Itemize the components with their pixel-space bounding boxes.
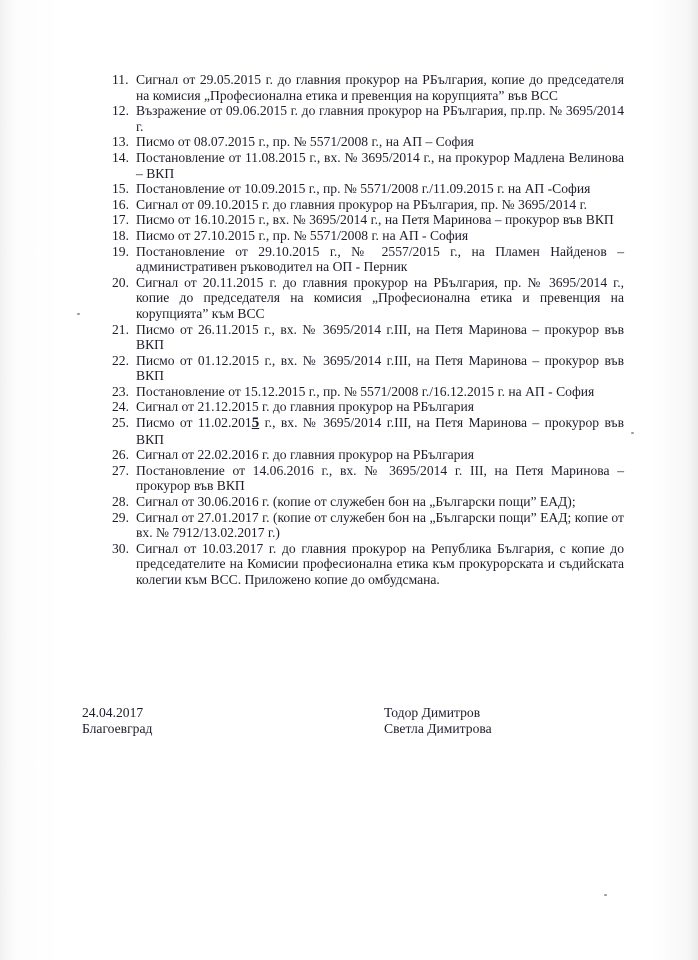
item-number: 20. (112, 275, 134, 291)
item-text: Сигнал от 09.10.2015 г. до главния проку… (136, 197, 624, 213)
item-text: Писмо от 11.02.2015 г., вх. № 3695/2014 … (136, 415, 624, 447)
item-text: Постановление от 10.09.2015 г., пр. № 55… (136, 181, 624, 197)
signatory-name: Тодор Димитров (384, 705, 492, 721)
item-number: 19. (112, 244, 134, 260)
item-number: 26. (112, 447, 134, 463)
scan-speck (631, 432, 634, 434)
list-item: 26.Сигнал от 22.02.2016 г. до главния пр… (112, 447, 624, 463)
item-number: 15. (112, 181, 134, 197)
list-item: 14.Постановление от 11.08.2015 г., вх. №… (112, 150, 624, 181)
item-text: Писмо от 27.10.2015 г., пр. № 5571/2008 … (136, 228, 624, 244)
document-date: 24.04.2017 (82, 705, 152, 721)
item-number: 27. (112, 463, 134, 479)
item-text: Сигнал от 21.12.2015 г. до главния проку… (136, 399, 624, 415)
list-item: 30.Сигнал от 10.03.2017 г. до главния пр… (112, 541, 624, 588)
list-item: 22.Писмо от 01.12.2015 г., вх. № 3695/20… (112, 353, 624, 384)
item-text: Постановление от 29.10.2015 г., № 2557/2… (136, 244, 624, 275)
item-text: Постановление от 14.06.2016 г., вх. № 36… (136, 463, 624, 494)
item-text: Сигнал от 27.01.2017 г. (копие от служеб… (136, 510, 624, 541)
item-text: Писмо от 16.10.2015 г., вх. № 3695/2014 … (136, 212, 624, 228)
item-number: 29. (112, 510, 134, 526)
list-item: 11.Сигнал от 29.05.2015 г. до главния пр… (112, 72, 624, 103)
list-item: 12.Възражение от 09.06.2015 г. до главни… (112, 103, 624, 134)
signatories-block: Тодор Димитров Светла Димитрова (384, 705, 492, 736)
item-number: 14. (112, 150, 134, 166)
list-item: 15.Постановление от 10.09.2015 г., пр. №… (112, 181, 624, 197)
signatory-name: Светла Димитрова (384, 721, 492, 737)
list-item: 23.Постановление от 15.12.2015 г., пр. №… (112, 384, 624, 400)
scan-speck (77, 313, 80, 315)
item-number: 30. (112, 541, 134, 557)
list-item: 24.Сигнал от 21.12.2015 г. до главния пр… (112, 399, 624, 415)
item-number: 16. (112, 197, 134, 213)
list-item: 29.Сигнал от 27.01.2017 г. (копие от слу… (112, 510, 624, 541)
item-text-part: Писмо от 11.02.201 (136, 415, 252, 430)
item-text: Сигнал от 20.11.2015 г. до главния проку… (136, 275, 624, 322)
scanned-page: 11.Сигнал от 29.05.2015 г. до главния пр… (0, 0, 698, 960)
item-number: 28. (112, 494, 134, 510)
list-item: 18.Писмо от 27.10.2015 г., пр. № 5571/20… (112, 228, 624, 244)
item-number: 22. (112, 353, 134, 369)
item-number: 12. (112, 103, 134, 119)
date-place-block: 24.04.2017 Благоевград (82, 705, 152, 736)
item-text: Постановление от 15.12.2015 г., пр. № 55… (136, 384, 624, 400)
item-text: Сигнал от 22.02.2016 г. до главния проку… (136, 447, 624, 463)
item-text: Писмо от 26.11.2015 г., вх. № 3695/2014 … (136, 322, 624, 353)
item-number: 23. (112, 384, 134, 400)
item-text: Възражение от 09.06.2015 г. до главния п… (136, 103, 624, 134)
list-item: 25.Писмо от 11.02.2015 г., вх. № 3695/20… (112, 415, 624, 447)
item-text: Писмо от 01.12.2015 г., вх. № 3695/2014 … (136, 353, 624, 384)
item-number: 11. (112, 72, 134, 88)
list-item: 20.Сигнал от 20.11.2015 г. до главния пр… (112, 275, 624, 322)
list-item: 13.Писмо от 08.07.2015 г., пр. № 5571/20… (112, 134, 624, 150)
item-text: Писмо от 08.07.2015 г., пр. № 5571/2008 … (136, 134, 624, 150)
item-text: Постановление от 11.08.2015 г., вх. № 36… (136, 150, 624, 181)
item-number: 13. (112, 134, 134, 150)
item-number: 21. (112, 322, 134, 338)
list-item: 21.Писмо от 26.11.2015 г., вх. № 3695/20… (112, 322, 624, 353)
list-item: 16.Сигнал от 09.10.2015 г. до главния пр… (112, 197, 624, 213)
list-item: 28.Сигнал от 30.06.2016 г. (копие от слу… (112, 494, 624, 510)
item-text: Сигнал от 10.03.2017 г. до главния проку… (136, 541, 624, 588)
item-text: Сигнал от 29.05.2015 г. до главния проку… (136, 72, 624, 103)
document-list: 11.Сигнал от 29.05.2015 г. до главния пр… (112, 72, 624, 588)
item-number: 24. (112, 399, 134, 415)
item-text: Сигнал от 30.06.2016 г. (копие от служеб… (136, 494, 624, 510)
item-number: 17. (112, 212, 134, 228)
list-item: 17.Писмо от 16.10.2015 г., вх. № 3695/20… (112, 212, 624, 228)
list-item: 19.Постановление от 29.10.2015 г., № 255… (112, 244, 624, 275)
scan-speck (604, 894, 607, 896)
item-number: 18. (112, 228, 134, 244)
list-item: 27.Постановление от 14.06.2016 г., вх. №… (112, 463, 624, 494)
item-number: 25. (112, 415, 134, 431)
document-place: Благоевград (82, 721, 152, 737)
